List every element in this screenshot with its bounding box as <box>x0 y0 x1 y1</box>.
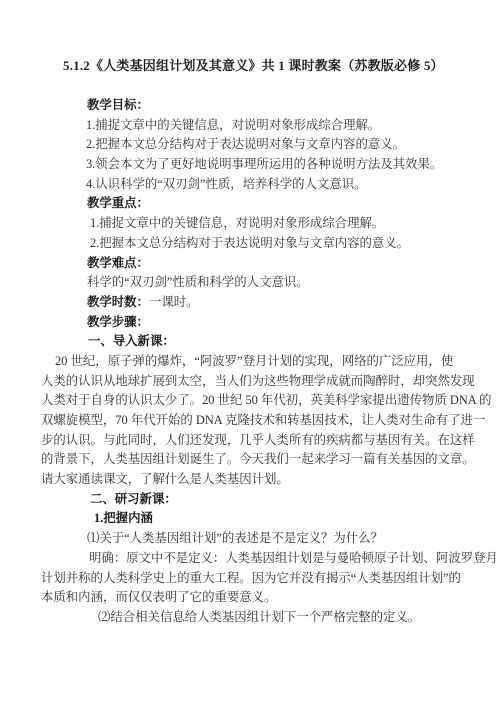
section-heading-difficulties: 教学难点： <box>87 254 459 274</box>
paragraph-line: 明确：原文中不是定义：人类基因组计划是与曼哈顿原子计划、阿波罗登月 <box>89 549 459 569</box>
paragraph-line: 人类的认识从地球扩展到太空，当人们为这些物理学成就而陶醉时，却突然发现 <box>41 372 459 392</box>
text-line: 1.捕捉文章中的关键信息，对说明对象形成综合理解。 <box>86 116 459 136</box>
text-line: 4.认识科学的“双刃剑”性质，培养科学的人文意识。 <box>86 175 459 195</box>
paragraph-line: 本质和内涵，而仅仅表明了它的重要意义。 <box>41 588 459 608</box>
paragraph-line: 请大家通读课文，了解什么是人类基因计划。 <box>41 470 459 490</box>
document-title: 5.1.2《人类基因组计划及其意义》共 1 课时教案（苏教版必修 5） <box>63 55 444 74</box>
class-hours-value: 一课时。 <box>149 295 199 309</box>
text-line: 科学的“双刃剑”性质和科学的人文意识。 <box>87 273 459 293</box>
paragraph-line: 的背景下，人类基因组计划诞生了。今天我们一起来学习一篇有关基因的文章。 <box>41 450 459 470</box>
lesson-plan-page: 5.1.2《人类基因组计划及其意义》共 1 课时教案（苏教版必修 5） 教学目标… <box>0 0 500 707</box>
paragraph-line: 人类对于自身的认识太少了。20 世纪 50 年代初，英美科学家提出遗传物质 DN… <box>41 391 459 411</box>
section-heading-steps: 教学步骤： <box>87 313 459 333</box>
question-line: ⑵结合相关信息给人类基因组计划下一个严格完整的定义。 <box>98 608 459 628</box>
section-heading-objectives: 教学目标： <box>87 96 459 116</box>
section-heading-study: 二、研习新课： <box>90 490 459 510</box>
section-heading-key-points: 教学重点： <box>87 194 459 214</box>
class-hours-label: 教学时数： <box>87 295 149 309</box>
text-line: 2.把握本文总分结构对于表达说明对象与文章内容的意义。 <box>86 135 459 155</box>
text-line: 3.领会本文为了更好地说明事理所运用的各种说明方法及其效果。 <box>86 155 459 175</box>
question-line: ⑴关于“人类基因组计划”的表述是不是定义？为什么？ <box>87 529 459 549</box>
paragraph-line: 双螺旋模型，70 年代开始的 DNA 克隆技术和转基因技术，让人类对生命有了进一 <box>41 411 459 431</box>
text-line: 1.捕捉文章中的关键信息，对说明对象形成综合理解。 <box>90 214 459 234</box>
class-hours-line: 教学时数：一课时。 <box>87 293 459 313</box>
paragraph-line: 步的认识。与此同时，人们还发现，几乎人类所有的疾病都与基因有关。在这样 <box>41 431 459 451</box>
text-line: 2.把握本文总分结构对于表达说明对象与文章内容的意义。 <box>90 234 459 254</box>
subsection-heading-connotation: 1.把握内涵 <box>94 509 459 529</box>
section-heading-intro: 一、导入新课： <box>88 332 459 352</box>
document-body: 教学目标： 1.捕捉文章中的关键信息，对说明对象形成综合理解。 2.把握本文总分… <box>41 96 459 628</box>
paragraph-line: 20 世纪，原子弹的爆炸，“阿波罗”登月计划的实现，网络的广泛应用，使 <box>55 352 459 372</box>
paragraph-line: 计划并称的人类科学史上的重大工程。因为它并没有揭示“人类基因组计划”的 <box>41 569 459 589</box>
